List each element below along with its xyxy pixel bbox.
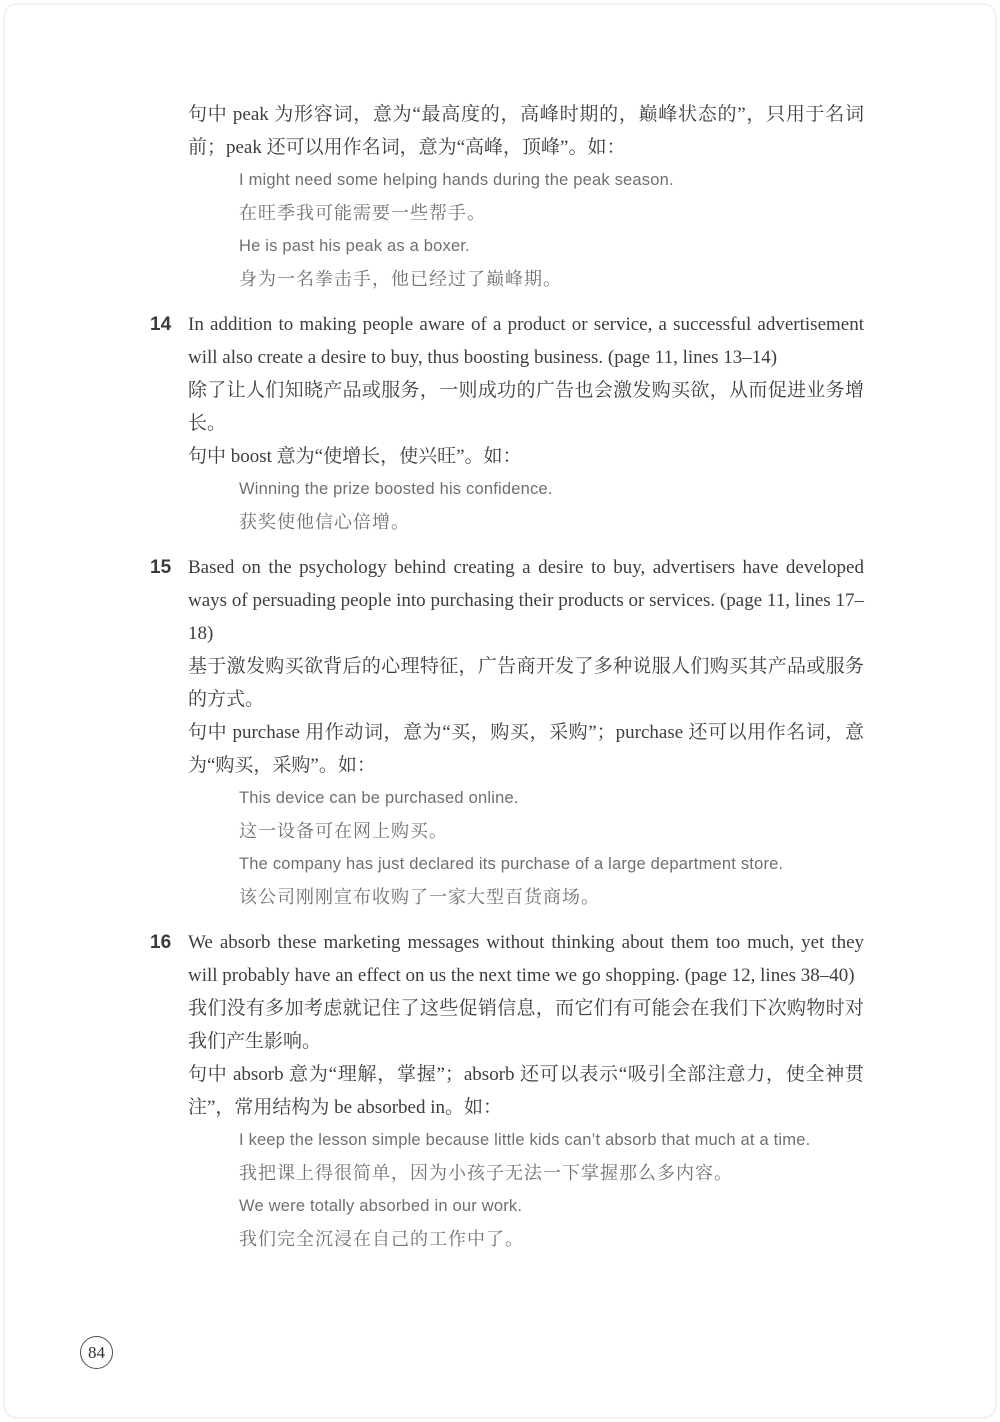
example-block-purchase: This device can be purchased online. 这一设… xyxy=(239,782,864,914)
item-chinese-translation: 我们没有多加考虑就记住了这些促销信息，而它们有可能会在我们下次购物时对我们产生影… xyxy=(188,992,864,1058)
example-sentence-chinese: 我们完全沉浸在自己的工作中了。 xyxy=(239,1223,864,1256)
example-block-boost: Winning the prize boosted his confidence… xyxy=(239,473,864,539)
example-block-peak: I might need some helping hands during t… xyxy=(239,164,864,296)
glossary-item-15: 15 Based on the psychology behind creati… xyxy=(188,551,864,914)
item-number: 14 xyxy=(150,308,171,341)
example-block-absorb: I keep the lesson simple because little … xyxy=(239,1124,864,1256)
example-sentence-chinese: 获奖使他信心倍增。 xyxy=(239,506,864,539)
page-number-badge: 84 xyxy=(80,1336,113,1369)
example-sentence-english: I keep the lesson simple because little … xyxy=(239,1124,864,1157)
page-content: 句中 peak 为形容词，意为“最高度的，高峰时期的，巅峰状态的”，只用于名词前… xyxy=(188,98,864,1256)
example-sentence-chinese: 在旺季我可能需要一些帮手。 xyxy=(239,197,864,230)
example-sentence-english: Winning the prize boosted his confidence… xyxy=(239,473,864,506)
usage-note-peak: 句中 peak 为形容词，意为“最高度的，高峰时期的，巅峰状态的”，只用于名词前… xyxy=(188,98,864,164)
item-number: 16 xyxy=(150,926,171,959)
example-sentence-english: The company has just declared its purcha… xyxy=(239,848,864,881)
item-english-sentence: Based on the psychology behind creating … xyxy=(188,551,864,650)
example-sentence-chinese: 身为一名拳击手，他已经过了巅峰期。 xyxy=(239,263,864,296)
page-number: 84 xyxy=(88,1343,105,1363)
textbook-page: 句中 peak 为形容词，意为“最高度的，高峰时期的，巅峰状态的”，只用于名词前… xyxy=(0,0,1000,1422)
glossary-item-16: 16 We absorb these marketing messages wi… xyxy=(188,926,864,1256)
example-sentence-chinese: 该公司刚刚宣布收购了一家大型百货商场。 xyxy=(239,881,864,914)
example-sentence-chinese: 这一设备可在网上购买。 xyxy=(239,815,864,848)
item-number: 15 xyxy=(150,551,171,584)
glossary-item-14: 14 In addition to making people aware of… xyxy=(188,308,864,539)
example-sentence-english: He is past his peak as a boxer. xyxy=(239,230,864,263)
item-chinese-translation: 基于激发购买欲背后的心理特征，广告商开发了多种说服人们购买其产品或服务的方式。 xyxy=(188,650,864,716)
usage-note-boost: 句中 boost 意为“使增长，使兴旺”。如： xyxy=(188,440,864,473)
item-english-sentence: In addition to making people aware of a … xyxy=(188,308,864,374)
example-sentence-english: This device can be purchased online. xyxy=(239,782,864,815)
example-sentence-english: We were totally absorbed in our work. xyxy=(239,1190,864,1223)
item-english-sentence: We absorb these marketing messages witho… xyxy=(188,926,864,992)
usage-note-absorb: 句中 absorb 意为“理解，掌握”；absorb 还可以表示“吸引全部注意力… xyxy=(188,1058,864,1124)
example-sentence-chinese: 我把课上得很简单，因为小孩子无法一下掌握那么多内容。 xyxy=(239,1157,864,1190)
item-chinese-translation: 除了让人们知晓产品或服务，一则成功的广告也会激发购买欲，从而促进业务增长。 xyxy=(188,374,864,440)
example-sentence-english: I might need some helping hands during t… xyxy=(239,164,864,197)
usage-note-purchase: 句中 purchase 用作动词，意为“买，购买，采购”；purchase 还可… xyxy=(188,716,864,782)
